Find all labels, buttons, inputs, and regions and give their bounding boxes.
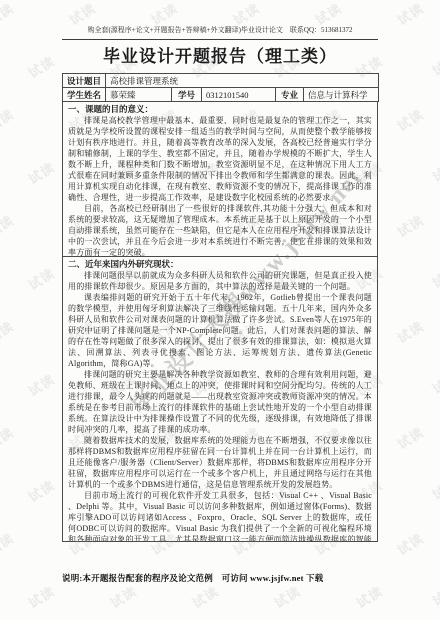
trial-read-stamp: 试读 xyxy=(393,104,427,135)
major-label: 专业 xyxy=(276,88,304,102)
trial-read-stamp: 试读 xyxy=(24,263,58,294)
trial-read-stamp: 试读 xyxy=(428,480,440,520)
trial-read-stamp: 试读 xyxy=(428,374,440,414)
trial-read-stamp: 试读 xyxy=(428,162,440,202)
trial-read-stamp: 试读 xyxy=(0,528,17,559)
trial-read-stamp: 试读 xyxy=(147,0,181,29)
trial-read-stamp: 试读 xyxy=(311,0,345,29)
trial-read-stamp: 试读 xyxy=(0,210,17,241)
section-research-status: 二、近年来国内外研究现状： 排课问题很早以前就成为众多科研人员和软件公司的研究课… xyxy=(63,257,377,541)
trial-read-stamp: 试读 xyxy=(24,581,58,612)
paragraph: 排课是高校教学管理中最基本、最重要、同时也是最复杂的管理工作之一，其实质就是为学… xyxy=(68,115,372,203)
trial-read-stamp: 试读 xyxy=(24,369,58,400)
design-title-label: 设计题目 xyxy=(63,74,106,88)
trial-read-stamp: 试读 xyxy=(24,51,58,82)
trial-read-stamp: 试读 xyxy=(393,210,427,241)
trial-read-stamp: 试读 xyxy=(428,586,440,620)
report-body-box: 一、课题的目的意义： 排课是高校教学管理中最基本、最重要、同时也是最复杂的管理工… xyxy=(62,101,378,542)
paragraph: 随着数据库技术的发展，数据库系统的处理能力也在不断增强，不仅要求像以往那样将DB… xyxy=(68,435,372,490)
promo-header-line: 购全套(源程序+论文+开题报告+答辩稿+外文翻译)毕业设计论文 联系QQ：513… xyxy=(62,26,378,40)
student-name-value: 慕荣臻 xyxy=(106,88,172,102)
trial-read-stamp: 试读 xyxy=(393,528,427,559)
design-title-value: 高校排课管理系统 xyxy=(106,74,379,88)
section-research-status-heading: 二、近年来国内外研究现状： xyxy=(68,259,372,270)
page-title: 毕业设计开题报告（理工类） xyxy=(62,47,378,67)
trial-read-stamp: 试读 xyxy=(0,422,17,453)
trial-read-stamp: 试读 xyxy=(0,316,17,347)
trial-read-stamp: 试读 xyxy=(393,0,427,29)
major-value: 信息与计算科学 xyxy=(304,88,379,102)
trial-read-stamp: 试读 xyxy=(0,0,17,29)
paragraph: 课表编排问题的研究开始于五十年代末，1962年，Gotlieb曾提出一个课表问题… xyxy=(68,292,372,369)
trial-read-stamp: 试读 xyxy=(428,268,440,308)
trial-read-stamp: 试读 xyxy=(106,581,140,612)
document-page: 购全套(源程序+论文+开题报告+答辩稿+外文翻译)毕业设计论文 联系QQ：513… xyxy=(62,26,378,542)
trial-read-stamp: 试读 xyxy=(188,581,222,612)
student-id-value: 0312101540 xyxy=(202,88,276,102)
footer-note: 说明:本开题报告配套的程序及论文范例 可访问 www.jsjfw.net 下载 xyxy=(62,572,392,584)
trial-read-stamp: 试读 xyxy=(428,56,440,96)
paragraph: 排课问题很早以前就成为众多科研人员和软件公司的研究课题，但是真正投入使用的排课软… xyxy=(68,270,372,292)
trial-read-stamp: 试读 xyxy=(65,0,99,29)
trial-read-stamp: 试读 xyxy=(0,104,17,135)
trial-read-stamp: 试读 xyxy=(270,581,304,612)
section-purpose-heading: 一、课题的目的意义： xyxy=(68,104,372,115)
trial-read-stamp: 试读 xyxy=(24,475,58,506)
trial-read-stamp: 试读 xyxy=(352,581,386,612)
student-info-table: 设计题目 高校排课管理系统 学生姓名 慕荣臻 学号 0312101540 专业 … xyxy=(62,73,379,102)
paragraph: 目前市场上流行的可视化软件开发工具很多，包括：Visual C++ 、Visua… xyxy=(68,490,372,541)
paragraph: 目前，各高校已经研制出了一些很好的排课软件,其功能十分强大，但成本和对系统的要求… xyxy=(68,203,372,257)
paragraph: 排课问题的研究主要是解决各种教学资源如教室、教师的合理有效利用问题，避免教师、班… xyxy=(68,369,372,435)
table-row: 学生姓名 慕荣臻 学号 0312101540 专业 信息与计算科学 xyxy=(63,88,379,102)
table-row: 设计题目 高校排课管理系统 xyxy=(63,74,379,88)
section-purpose: 一、课题的目的意义： 排课是高校教学管理中最基本、最重要、同时也是最复杂的管理工… xyxy=(63,102,377,257)
trial-read-stamp: 试读 xyxy=(24,157,58,188)
trial-read-stamp: 试读 xyxy=(229,0,263,29)
trial-read-stamp: 试读 xyxy=(393,316,427,347)
trial-read-stamp: 试读 xyxy=(393,422,427,453)
student-id-label: 学号 xyxy=(172,88,202,102)
student-name-label: 学生姓名 xyxy=(63,88,106,102)
